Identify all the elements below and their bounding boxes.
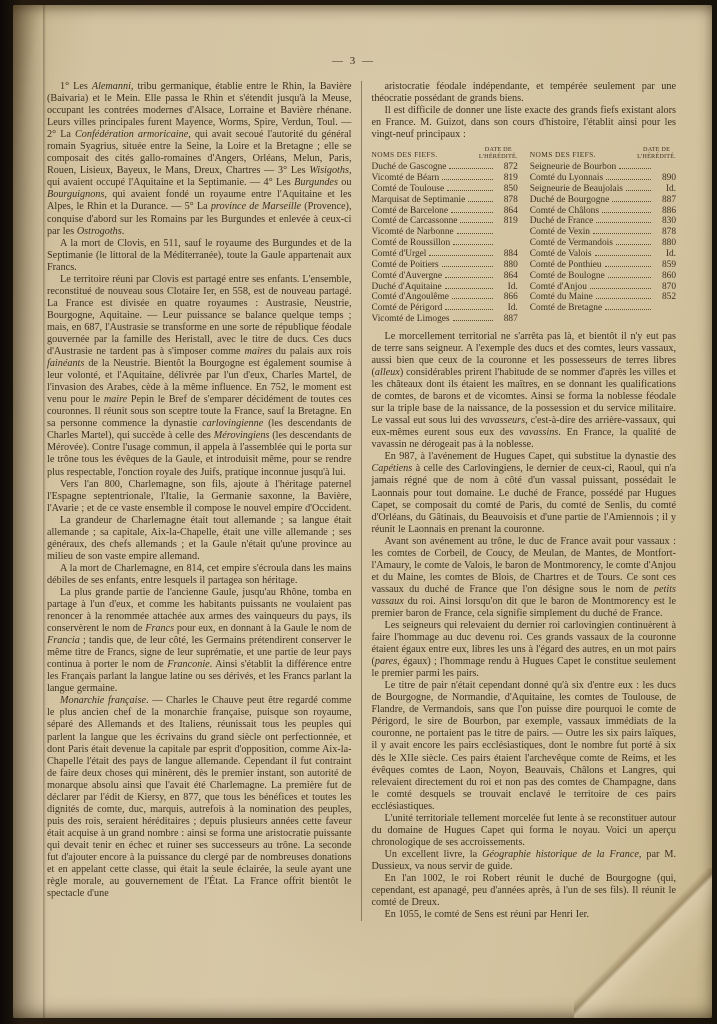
fief-name: Comté de Ponthieu [530, 260, 602, 271]
paragraph: Les seigneurs qui relevaient du dernier … [372, 620, 677, 680]
dot-leader [596, 222, 651, 223]
fiefs-table-right-half: NOMS DES FIEFS. DATE DE L'HÉRÉDITÉ. Seig… [530, 146, 676, 325]
table-row: Comté du Lyonnais 890 [530, 173, 676, 184]
table-row: Comté de Boulogne 860 [530, 271, 676, 282]
table-row: Comté de Vexin 878 [530, 227, 676, 238]
table-row: Duché de Bourgogne 887 [530, 195, 676, 206]
fief-name: Comté de Roussillon [372, 238, 451, 249]
column-header-noms-des-fiefs: NOMS DES FIEFS. [530, 150, 596, 160]
dot-leader [453, 320, 493, 321]
table-row: Vicomté de Béarn 819 [372, 173, 518, 184]
paragraph: Un excellent livre, la Géographie histor… [372, 849, 677, 873]
table-row: Duché d'Aquitaine Id. [372, 282, 518, 293]
dot-leader [596, 298, 651, 299]
table-header: NOMS DES FIEFS. DATE DE L'HÉRÉDITÉ. [372, 146, 518, 160]
dot-leader [612, 201, 651, 202]
table-row: Duché de Gascogne 872 [372, 162, 518, 173]
text-before-table: aristocratie féodale indépendante, et te… [372, 81, 677, 141]
dot-leader [460, 222, 492, 223]
dot-leader [619, 168, 651, 169]
fief-name: Comté de Châlons [530, 206, 599, 217]
table-row: Comté de Châlons 886 [530, 206, 676, 217]
fief-date: 870 [654, 282, 676, 293]
fief-name: Duché de Bourgogne [530, 195, 610, 206]
fief-name: Comté de Bretagne [530, 303, 602, 314]
paragraph: A la mort de Charlemagne, en 814, cet em… [47, 563, 352, 587]
fief-date: 884 [496, 249, 518, 260]
table-row: Comté d'Auvergne 864 [372, 271, 518, 282]
fief-name: Comté de Valois [530, 249, 592, 260]
table-row: Vicomté de Limoges 887 [372, 314, 518, 325]
dot-leader [445, 309, 492, 310]
dot-leader [605, 266, 651, 267]
paragraph: Monarchie française. — Charles le Chauve… [47, 695, 352, 900]
paragraph: 1° Les Alemanni, tribu germanique, établ… [47, 81, 352, 238]
fief-name: Comté d'Urgel [372, 249, 427, 260]
paragraph: Il est difficile de donner une liste exa… [372, 105, 677, 141]
fief-date: 859 [654, 260, 676, 271]
paragraph: Vers l'an 800, Charlemagne, son fils, aj… [47, 479, 352, 515]
table-row: Seigneurie de Beaujolais Id. [530, 184, 676, 195]
fief-name: Vicomté de Narbonne [372, 227, 454, 238]
table-row: Comté de Roussillon [372, 238, 518, 249]
fief-date: 878 [654, 227, 676, 238]
fief-date: 890 [654, 173, 676, 184]
paragraph: Le morcellement territorial ne s'arrêta … [372, 331, 677, 451]
book-page: — 3 — 1° Les Alemanni, tribu germanique,… [13, 5, 712, 1018]
fief-name: Comté du Lyonnais [530, 173, 603, 184]
dot-leader [605, 309, 651, 310]
table-row: Seigneurie de Bourbon [530, 162, 676, 173]
table-row: Comté de Bretagne [530, 303, 676, 314]
fief-date: 830 [654, 216, 676, 227]
dot-leader [616, 244, 651, 245]
dot-leader [457, 233, 493, 234]
paragraph: En 987, à l'avénement de Hugues Capet, q… [372, 451, 677, 535]
fief-name: Comté de Vexin [530, 227, 590, 238]
dot-leader [429, 255, 492, 256]
paragraph: L'unité territoriale tellement morcelée … [372, 813, 677, 849]
fief-date: 819 [496, 216, 518, 227]
paragraph: Le territoire réuni par Clovis est parta… [47, 274, 352, 479]
fief-name: Comté d'Angoulême [372, 292, 449, 303]
table-row: Comté de Poitiers 880 [372, 260, 518, 271]
fief-date: 866 [496, 292, 518, 303]
table-row: Comté de Périgord Id. [372, 303, 518, 314]
table-row: Comté d'Anjou 870 [530, 282, 676, 293]
dot-leader [449, 168, 492, 169]
fief-name: Comté de Barcelone [372, 206, 449, 217]
fief-date: Id. [654, 184, 676, 195]
paragraph: aristocratie féodale indépendante, et te… [372, 81, 677, 105]
fief-name: Vicomté de Béarn [372, 173, 440, 184]
fiefs-table: NOMS DES FIEFS. DATE DE L'HÉRÉDITÉ. Duch… [372, 146, 677, 325]
fief-name: Comté de Toulouse [372, 184, 445, 195]
fief-name: Duché de France [530, 216, 594, 227]
dot-leader [606, 179, 651, 180]
table-row: Comté de Toulouse 850 [372, 184, 518, 195]
fief-name: Comté de Périgord [372, 303, 443, 314]
table-rows: Duché de Gascogne 872 Vicomté de Béarn 8… [372, 162, 518, 325]
fief-date: 878 [496, 195, 518, 206]
scanned-book-photo: — 3 — 1° Les Alemanni, tribu germanique,… [0, 0, 717, 1024]
fief-date: 864 [496, 206, 518, 217]
column-header-date-heredite: DATE DE L'HÉRÉDITÉ. [479, 146, 518, 160]
fief-date: 852 [654, 292, 676, 303]
paragraph: A la mort de Clovis, en 511, sauf le roy… [47, 238, 352, 274]
paragraph: La grandeur de Charlemagne était tout al… [47, 515, 352, 563]
dot-leader [602, 212, 651, 213]
fief-name: Duché d'Aquitaine [372, 282, 442, 293]
fief-name: Comté de Poitiers [372, 260, 439, 271]
dot-leader [447, 190, 493, 191]
left-column: 1° Les Alemanni, tribu germanique, établ… [47, 81, 361, 921]
fief-date: 880 [654, 238, 676, 249]
column-header-date-heredite: DATE DE L'HÉRÉDITÉ. [637, 146, 676, 160]
dot-leader [451, 212, 493, 213]
page-number: — 3 — [13, 55, 694, 67]
fief-date: Id. [654, 249, 676, 260]
dot-leader [445, 288, 493, 289]
table-row: Comté du Maine 852 [530, 292, 676, 303]
fief-date: 887 [654, 195, 676, 206]
fief-name: Comté de Carcassonne [372, 216, 458, 227]
paragraph: En 1055, le comté de Sens est réuni par … [372, 909, 677, 921]
fief-date: 850 [496, 184, 518, 195]
dot-leader [445, 277, 493, 278]
fief-name: Comté d'Auvergne [372, 271, 443, 282]
text-columns: 1° Les Alemanni, tribu germanique, établ… [47, 81, 676, 921]
text-after-table: Le morcellement territorial ne s'arrêta … [372, 331, 677, 921]
fief-date: 860 [654, 271, 676, 282]
table-row: Comté de Ponthieu 859 [530, 260, 676, 271]
fief-date: 880 [496, 260, 518, 271]
dot-leader [590, 288, 651, 289]
fief-name: Duché de Gascogne [372, 162, 447, 173]
table-row: Comté d'Urgel 884 [372, 249, 518, 260]
table-rows: Seigneurie de Bourbon Comté du Lyonnais … [530, 162, 676, 314]
dot-leader [468, 201, 493, 202]
paragraph: En l'an 1002, le roi Robert réunit le du… [372, 873, 677, 909]
fief-name: Seigneurie de Beaujolais [530, 184, 623, 195]
fief-date: 864 [496, 271, 518, 282]
fief-name: Vicomté de Limoges [372, 314, 450, 325]
table-row: Marquisat de Septimanie 878 [372, 195, 518, 206]
fief-name: Comté d'Anjou [530, 282, 587, 293]
dot-leader [442, 179, 493, 180]
dot-leader [453, 244, 493, 245]
gutter-crease [43, 5, 46, 1018]
fief-name: Seigneurie de Bourbon [530, 162, 616, 173]
fief-date: 886 [654, 206, 676, 217]
table-row: Duché de France 830 [530, 216, 676, 227]
fief-date: 819 [496, 173, 518, 184]
paragraph: Avant son avénement au trône, le duc de … [372, 536, 677, 620]
right-column: aristocratie féodale indépendante, et te… [361, 81, 677, 921]
table-row: Comté de Vermandois 880 [530, 238, 676, 249]
paragraph: La plus grande partie de l'ancienne Gaul… [47, 587, 352, 695]
fief-name: Comté du Maine [530, 292, 593, 303]
table-header: NOMS DES FIEFS. DATE DE L'HÉRÉDITÉ. [530, 146, 676, 160]
fief-name: Comté de Vermandois [530, 238, 613, 249]
fiefs-table-left-half: NOMS DES FIEFS. DATE DE L'HÉRÉDITÉ. Duch… [372, 146, 518, 325]
fief-date: Id. [496, 282, 518, 293]
dot-leader [595, 255, 651, 256]
table-row: Comté de Barcelone 864 [372, 206, 518, 217]
column-header-noms-des-fiefs: NOMS DES FIEFS. [372, 150, 438, 160]
fief-date: Id. [496, 303, 518, 314]
dot-leader [593, 233, 651, 234]
dot-leader [626, 190, 651, 191]
fief-name: Comté de Boulogne [530, 271, 605, 282]
fief-date: 872 [496, 162, 518, 173]
dot-leader [608, 277, 651, 278]
paragraph: Le titre de pair n'était cependant donné… [372, 680, 677, 813]
dot-leader [452, 298, 493, 299]
fief-name: Marquisat de Septimanie [372, 195, 466, 206]
table-row: Comté de Carcassonne 819 [372, 216, 518, 227]
table-row: Comté de Valois Id. [530, 249, 676, 260]
table-row: Vicomté de Narbonne [372, 227, 518, 238]
table-row: Comté d'Angoulême 866 [372, 292, 518, 303]
dot-leader [442, 266, 493, 267]
fief-date: 887 [496, 314, 518, 325]
